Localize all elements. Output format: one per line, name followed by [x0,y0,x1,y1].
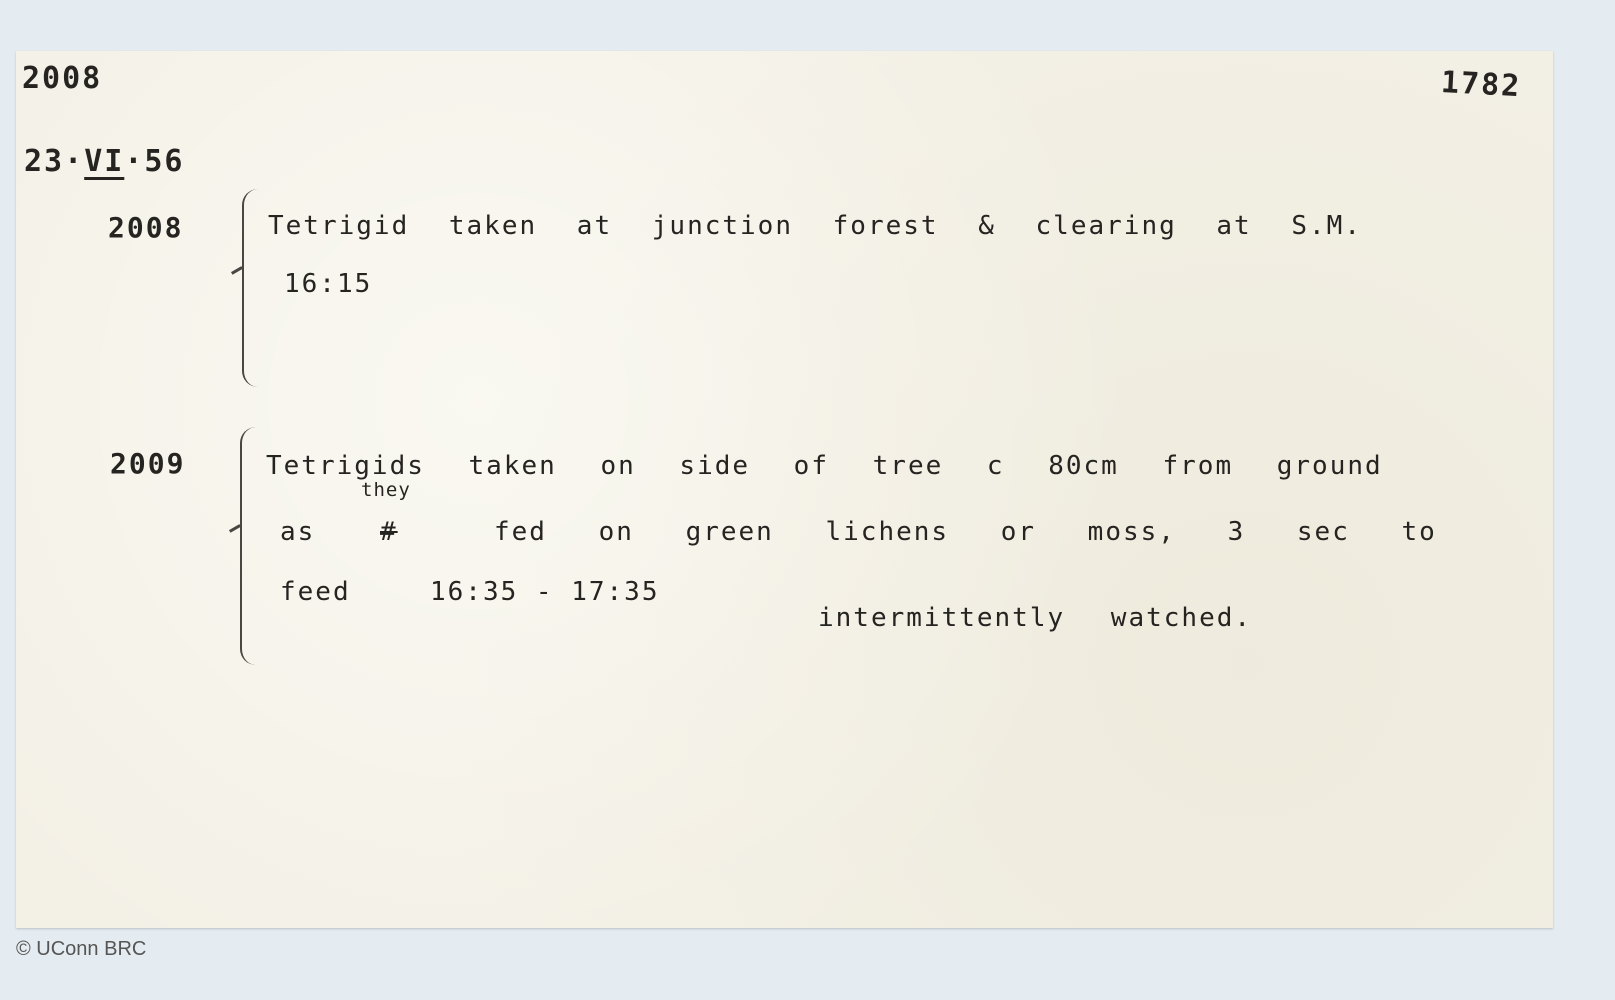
date-separator: · [64,144,84,179]
entry-text-line: feed [280,577,351,607]
entry-text-line: Tetrigid taken at junction forest & clea… [268,211,1362,241]
entry-number: 2008 [108,211,183,244]
entry-text-line: 16:15 [284,269,372,299]
struck-text: # [380,517,398,547]
date-heading: 23·VI·56 [24,144,185,179]
inserted-word: they [361,479,411,501]
brace-icon [242,189,258,387]
entry-text-line: intermittently watched. [818,603,1252,633]
date-separator: · [124,144,144,179]
date-month: VI [84,144,124,179]
date-year: 56 [144,144,184,179]
index-card: 2008 1782 23·VI·56 2008 Tetrigid taken a… [16,51,1553,928]
entry-text-prefix: as [280,517,315,547]
card-number-right: 1782 [1440,65,1522,104]
time-range: 16:35 - 17:35 [430,577,660,607]
card-number-left: 2008 [22,61,102,96]
copyright-credit: © UConn BRC [16,938,146,961]
date-day: 23 [24,144,64,179]
brace-icon [240,427,256,665]
entry-text-line: Tetrigids taken on side of tree c 80cm f… [266,451,1383,481]
entry-number: 2009 [110,447,185,480]
entry-text-line: fed on green lichens or moss, 3 sec to [494,517,1437,547]
